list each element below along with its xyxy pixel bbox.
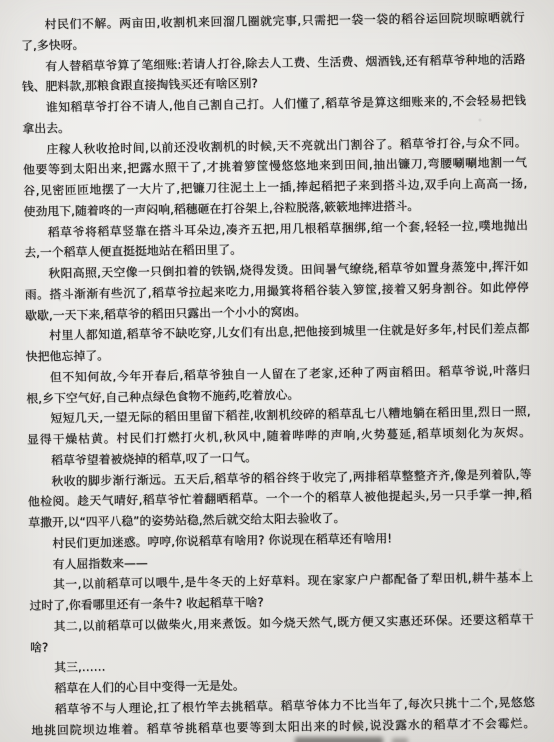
passage-text: 村民们不解。两亩田,收割机来回溜几圈就完事,只需把一袋一袋的稻谷运回院坝晾晒就行… [21, 7, 536, 741]
cutoff-footer-mark [295, 737, 383, 742]
cutoff-footer-mark-small [392, 738, 408, 742]
scanned-document-page: 村民们不解。两亩田,收割机来回溜几圈就完事,只需把一袋一袋的稻谷运回院坝晾晒就行… [0, 0, 554, 742]
